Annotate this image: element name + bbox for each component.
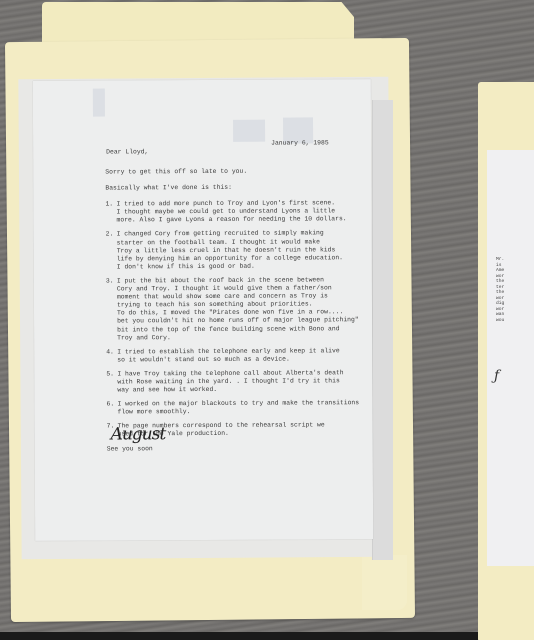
bleed-through-mark bbox=[233, 120, 265, 142]
item-number: 5. bbox=[106, 370, 117, 394]
letter-item: 4.I tried to establish the telephone ear… bbox=[106, 347, 366, 365]
handwritten-signature: August bbox=[111, 424, 166, 444]
item-text: I have Troy taking the telephone call ab… bbox=[117, 369, 343, 394]
item-text: I worked on the major blackouts to try a… bbox=[117, 399, 359, 416]
adjacent-document-text: Mr. is Ame wor the ter the wor dig wor w… bbox=[496, 257, 504, 323]
bleed-through-mark bbox=[93, 89, 105, 117]
item-text: I changed Cory from getting recruited to… bbox=[117, 230, 343, 272]
letter-closing: See you soon bbox=[107, 444, 367, 453]
folder-corner bbox=[362, 555, 407, 610]
letter-item: 2.I changed Cory from getting recruited … bbox=[106, 230, 366, 272]
letter-item: 3.I put the bit about the roof back in t… bbox=[106, 276, 366, 342]
item-text: I put the bit about the roof back in the… bbox=[117, 276, 359, 342]
sheet-edge bbox=[372, 100, 393, 560]
letter-items: 1.I tried to add more punch to Troy and … bbox=[105, 199, 366, 445]
item-text: I tried to establish the telephone early… bbox=[117, 347, 340, 364]
desk-edge bbox=[0, 632, 534, 640]
item-number: 1. bbox=[105, 201, 116, 225]
letter-body: Sorry to get this off so late to you. Ba… bbox=[105, 167, 366, 453]
item-number: 2. bbox=[106, 231, 117, 272]
letter-item: 1.I tried to add more punch to Troy and … bbox=[105, 199, 365, 225]
item-number: 3. bbox=[106, 277, 117, 342]
adjacent-document: Mr. is Ame wor the ter the wor dig wor w… bbox=[487, 150, 534, 566]
adjacent-signature: ƒ bbox=[494, 368, 499, 384]
typed-letter: January 6, 1985 Dear Lloyd, Sorry to get… bbox=[33, 79, 373, 541]
letter-item: 5.I have Troy taking the telephone call … bbox=[106, 369, 366, 395]
letter-date: January 6, 1985 bbox=[271, 139, 329, 146]
letter-salutation: Dear Lloyd, bbox=[106, 148, 148, 155]
item-number: 6. bbox=[106, 401, 117, 417]
letter-item: 6.I worked on the major blackouts to try… bbox=[106, 399, 366, 417]
item-text: I tried to add more punch to Troy and Ly… bbox=[116, 199, 346, 224]
item-number: 4. bbox=[106, 348, 117, 364]
